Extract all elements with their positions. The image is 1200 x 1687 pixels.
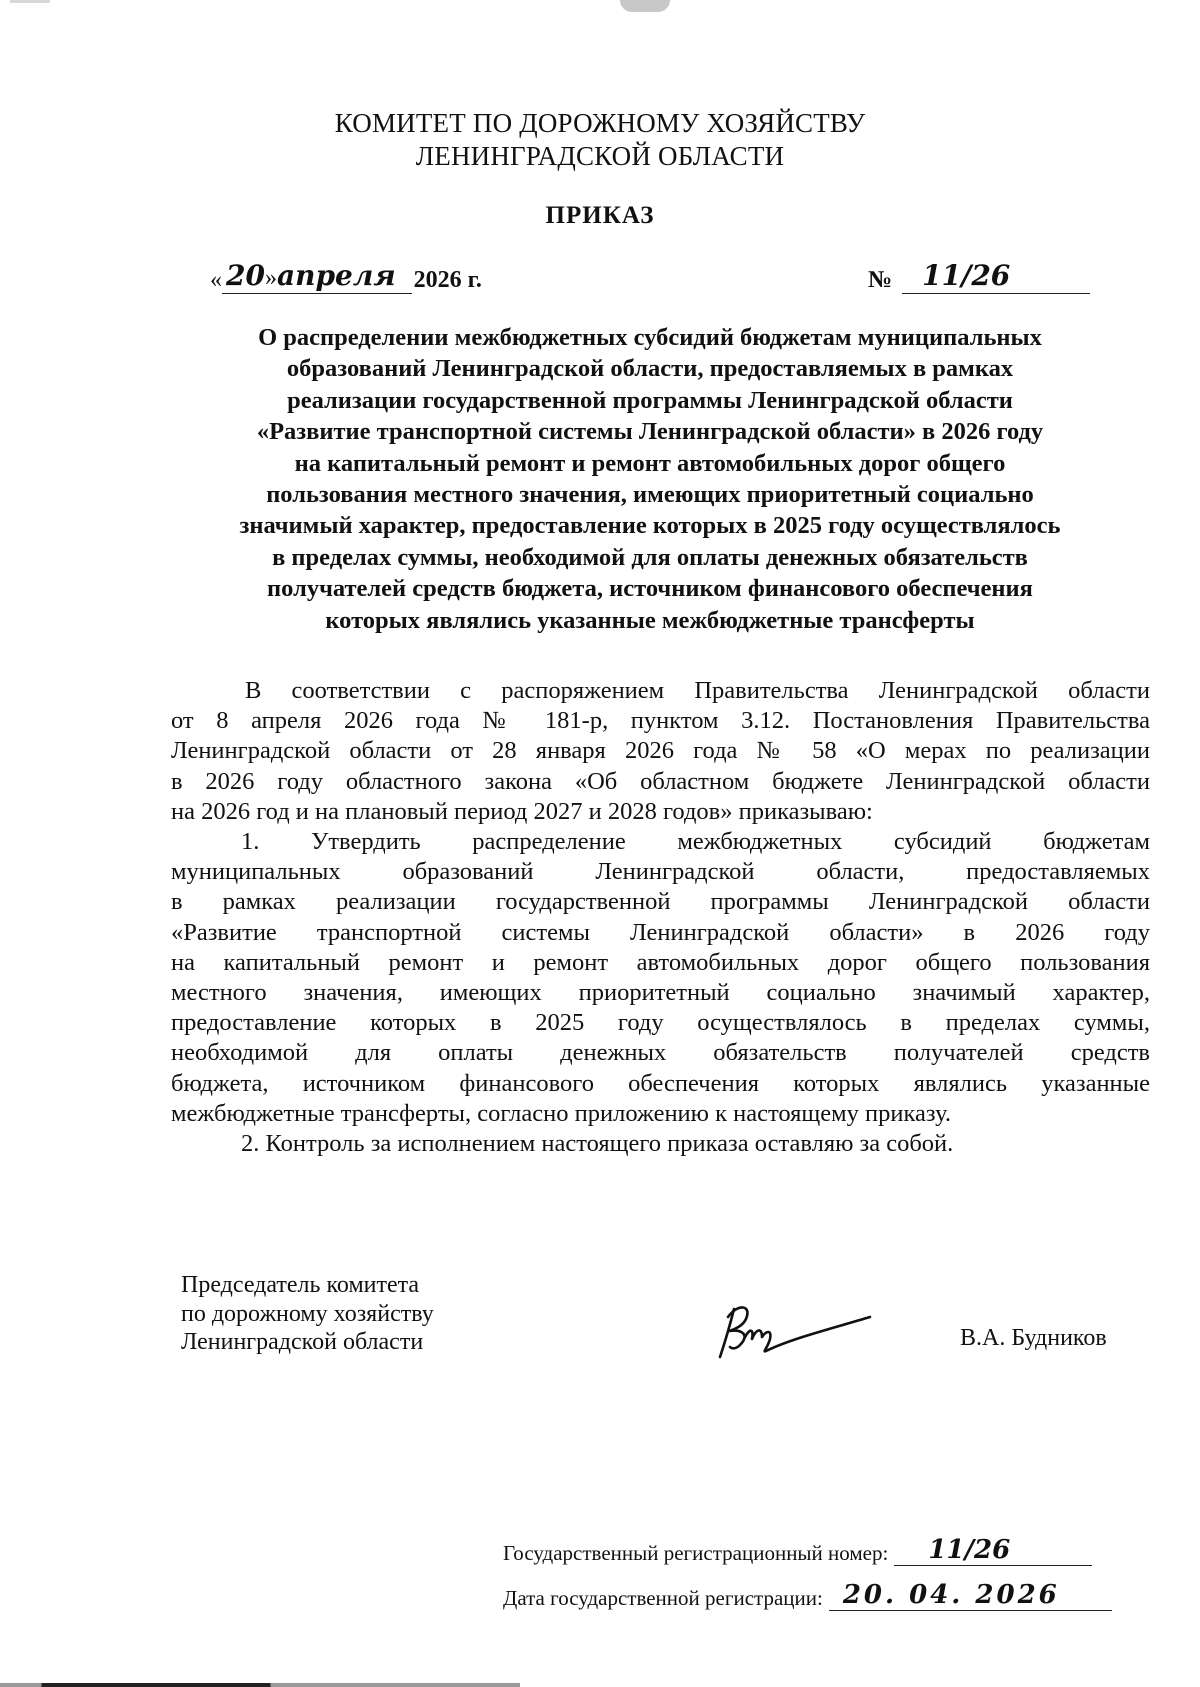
handwritten-registration-number: 11/26: [898, 1535, 1010, 1565]
order-number: № 11/26: [868, 262, 1090, 294]
number-label: №: [868, 267, 892, 294]
order-date: « 20»апреля 2026 г.: [210, 262, 482, 294]
organization-name-line2: ЛЕНИНГРАДСКОЙ ОБЛАСТИ: [0, 140, 1200, 172]
position-line: Ленинградской области: [181, 1328, 434, 1357]
body-line: 2. Контроль за исполнением настоящего пр…: [171, 1129, 1150, 1159]
organization-name-line1: КОМИТЕТ ПО ДОРОЖНОМУ ХОЗЯЙСТВУ: [0, 107, 1200, 139]
registration-date-label: Дата государственной регистрации:: [503, 1586, 823, 1611]
body-line: от 8 апреля 2026 года № 181-р, пунктом 3…: [171, 706, 1150, 736]
title-line: в пределах суммы, необходимой для оплаты…: [175, 542, 1125, 573]
document-type: ПРИКАЗ: [0, 202, 1200, 230]
scan-artifact: [620, 0, 670, 12]
title-line: реализации государственной программы Лен…: [175, 385, 1125, 416]
title-line: получателей средств бюджета, источником …: [175, 573, 1125, 604]
position-line: Председатель комитета: [181, 1271, 434, 1300]
item-1-paragraph: 1. Утвердить распределение межбюджетных …: [171, 827, 1150, 1129]
body-line: муниципальных образований Ленинградской …: [171, 857, 1150, 887]
body-line: предоставление которых в 2025 году осуще…: [171, 1008, 1150, 1038]
body-line: бюджета, источником финансового обеспече…: [171, 1069, 1150, 1099]
signatory-position: Председатель комитета по дорожному хозяй…: [181, 1271, 434, 1357]
body-line: в 2026 году областного закона «Об област…: [171, 767, 1150, 797]
handwritten-month: апреля: [277, 259, 396, 292]
title-line: значимый характер, предоставление которы…: [175, 510, 1125, 541]
item-2-paragraph: 2. Контроль за исполнением настоящего пр…: [171, 1129, 1150, 1159]
title-line: которых являлись указанные межбюджетные …: [175, 605, 1125, 636]
scan-artifact: [0, 1683, 520, 1687]
order-year: 2026 г.: [414, 267, 482, 294]
handwritten-number: 11/26: [906, 259, 1010, 292]
body-line: необходимой для оплаты денежных обязател…: [171, 1038, 1150, 1068]
body-line: межбюджетные трансферты, согласно прилож…: [171, 1099, 1150, 1129]
registration-number: Государственный регистрационный номер: 1…: [503, 1537, 1092, 1566]
date-field: 20»апреля: [222, 262, 412, 294]
registration-date: Дата государственной регистрации: 20. 04…: [503, 1582, 1112, 1611]
close-quote: »: [265, 265, 277, 291]
registration-number-label: Государственный регистрационный номер:: [503, 1541, 888, 1566]
title-line: образований Ленинградской области, предо…: [175, 353, 1125, 384]
preamble-paragraph: В соответствии с распоряжением Правитель…: [171, 676, 1150, 827]
handwritten-day: 20: [226, 259, 265, 292]
registration-number-field: 11/26: [894, 1537, 1092, 1566]
body-line: В соответствии с распоряжением Правитель…: [171, 676, 1150, 706]
signatory-name: В.А. Будников: [960, 1325, 1107, 1352]
position-line: по дорожному хозяйству: [181, 1300, 434, 1329]
order-title: О распределении межбюджетных субсидий бю…: [175, 322, 1125, 636]
title-line: на капитальный ремонт и ремонт автомобил…: [175, 448, 1125, 479]
body-line: в рамках реализации государственной прог…: [171, 887, 1150, 917]
number-field: 11/26: [902, 262, 1090, 294]
body-line: на капитальный ремонт и ремонт автомобил…: [171, 948, 1150, 978]
registration-date-field: 20. 04. 2026: [829, 1582, 1112, 1611]
body-line: Ленинградской области от 28 января 2026 …: [171, 736, 1150, 766]
body-line: 1. Утвердить распределение межбюджетных …: [171, 827, 1150, 857]
title-line: пользования местного значения, имеющих п…: [175, 479, 1125, 510]
handwritten-registration-date: 20. 04. 2026: [833, 1580, 1060, 1610]
title-line: О распределении межбюджетных субсидий бю…: [175, 322, 1125, 353]
scan-artifact: [10, 0, 50, 3]
title-line: «Развитие транспортной системы Ленинград…: [175, 416, 1125, 447]
open-quote: «: [210, 267, 222, 294]
handwritten-signature-icon: [700, 1295, 900, 1365]
body-line: местного значения, имеющих приоритетный …: [171, 978, 1150, 1008]
body-line: «Развитие транспортной системы Ленинград…: [171, 918, 1150, 948]
order-body: В соответствии с распоряжением Правитель…: [171, 676, 1150, 1159]
body-line: на 2026 год и на плановый период 2027 и …: [171, 797, 1150, 827]
